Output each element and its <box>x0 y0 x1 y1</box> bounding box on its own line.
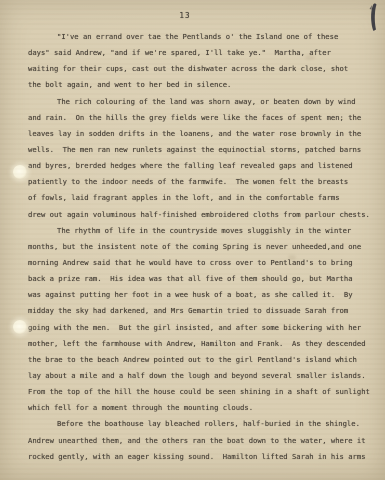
text-line: midday the sky had darkened, and Mrs Gem… <box>28 303 378 319</box>
text-line: and byres, brerded hedges where the fall… <box>28 158 378 174</box>
text-line: leaves lay in sodden drifts in the loane… <box>28 126 378 142</box>
text-line: going with the men. But the girl insiste… <box>28 320 378 336</box>
text-line: and rain. On the hills the grey fields w… <box>28 110 378 126</box>
ink-mark <box>366 3 380 33</box>
text-line: the bolt again, and went to her bed in s… <box>28 77 378 93</box>
page-number: 13 <box>0 11 370 20</box>
text-line: rocked gently, with an eager kissing sou… <box>28 449 378 465</box>
text-line: patiently to the indoor needs of the far… <box>28 174 378 190</box>
text-line: back a prize ram. His idea was that all … <box>28 271 378 287</box>
text-line: wells. The men ran new runlets against t… <box>28 142 378 158</box>
text-line: mother, left the farmhouse with Andrew, … <box>28 336 378 352</box>
text-line: Before the boathouse lay bleached roller… <box>28 416 378 432</box>
typewritten-text-block: "I've an errand over tae the Pentlands o… <box>28 29 378 465</box>
text-line: lay about a mile and a half down the lou… <box>28 368 378 384</box>
text-line: of fowls, laid fragrant apples in the lo… <box>28 190 378 206</box>
text-line: months, but the insistent note of the co… <box>28 239 378 255</box>
manuscript-page: 13 "I've an errand over tae the Pentland… <box>0 0 385 480</box>
text-line: The rich colouring of the land was shorn… <box>28 94 378 110</box>
text-line: was against putting her foot in a wee hu… <box>28 287 378 303</box>
text-line: The rhythm of life in the countryside mo… <box>28 223 378 239</box>
text-line: which fell for a moment through the moun… <box>28 400 378 416</box>
text-line: waiting for their cups, cast out the dis… <box>28 61 378 77</box>
punch-hole-bottom <box>13 320 27 334</box>
text-line: the brae to the beach Andrew pointed out… <box>28 352 378 368</box>
text-line: From the top of the hill the house could… <box>28 384 378 400</box>
paper-smudge <box>305 55 315 60</box>
punch-hole-top <box>13 165 27 179</box>
text-line: days" said Andrew, "and if we're spared,… <box>28 45 378 61</box>
text-line: "I've an errand over tae the Pentlands o… <box>28 29 378 45</box>
paper-smudge <box>288 255 296 260</box>
text-line: drew out again voluminous half-finished … <box>28 207 378 223</box>
text-line: Andrew unearthed them, and the others ra… <box>28 433 378 449</box>
text-line: morning Andrew said that he would have t… <box>28 255 378 271</box>
